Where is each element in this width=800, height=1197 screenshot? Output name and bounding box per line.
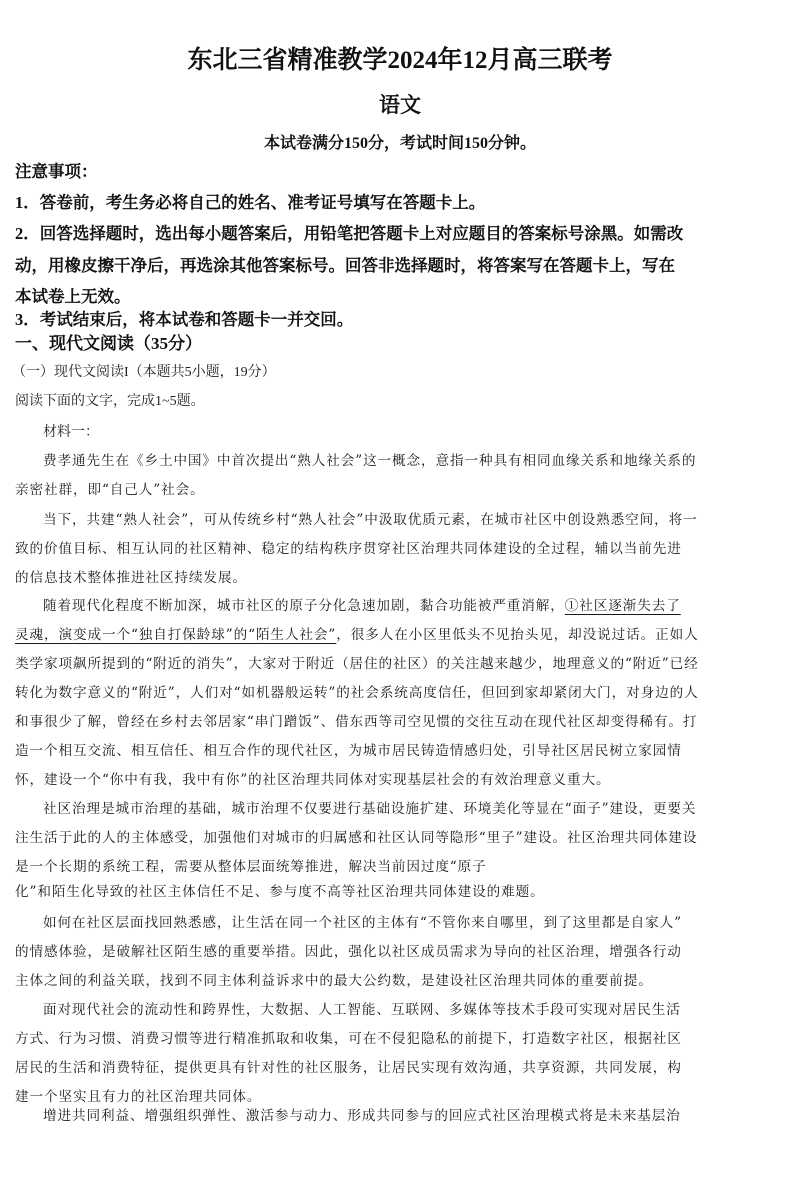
notice-item-2: 2．回答选择题时，选出每小题答案后，用铅笔把答题卡上对应题目的答案标号涂黑。如需… <box>15 220 683 244</box>
notice-item-3: 3．考试结束后，将本试卷和答题卡一并交回。 <box>15 306 353 330</box>
passage-line: 方式、行为习惯、消费习惯等进行精准抓取和收集，可在不侵犯隐私的前提下，打造数字社… <box>15 1027 682 1047</box>
notice-heading: 注意事项： <box>15 158 98 182</box>
passage-line: 主体之间的利益关联，找到不同主体利益诉求中的最大公约数，是建设社区治理共同体的重… <box>15 969 653 989</box>
section-title: 一、现代文阅读（35分） <box>15 329 202 354</box>
passage-line: 致的价值目标、相互认同的社区精神、稳定的结构秩序贯穿社区治理共同体建设的全过程，… <box>15 537 682 557</box>
passage-line: 注生活于此的人的主体感受，加强他们对城市的归属感和社区认同等隐形“里子”建设。社… <box>15 826 697 846</box>
notice-text: 回答选择题时，选出每小题答案后，用铅笔把答题卡上对应题目的答案标号涂黑。如需改 <box>40 224 684 243</box>
passage-line: 和事很少了解，曾经在乡村去邻居家“串门蹭饭”、借东西等司空见惯的交往互动在现代社… <box>15 710 697 730</box>
passage-line: 亲密社群，即“自己人”社会。 <box>15 478 205 498</box>
underlined-sentence-1-cont: 灵魂，演变成一个“独自打保龄球”的“陌生人社会” <box>15 627 336 643</box>
passage-line: 造一个相互交流、相互信任、相互合作的现代社区，为城市居民铸造情感归处，引导社区居… <box>15 739 682 759</box>
passage-line: 社区治理是城市治理的基础，城市治理不仅要进行基础设施扩建、环境美化等显在“面子”… <box>43 797 696 817</box>
passage-line: 怀，建设一个“你中有我，我中有你”的社区治理共同体对实现基层社会的有效治理意义重… <box>15 768 610 788</box>
notice-number: 2． <box>15 224 40 243</box>
passage-line: 建一个坚实且有力的社区治理共同体。 <box>15 1085 261 1105</box>
underlined-sentence-1: ①社区逐渐失去了 <box>565 598 681 614</box>
passage-line: 的情感体验，是破解社区陌生感的重要举措。因此，强化以社区成员需求为导向的社区治理… <box>15 940 682 960</box>
passage-text: 随着现代化程度不断加深，城市社区的原子分化急速加剧，黏合功能被严重消解， <box>43 598 565 614</box>
passage-line: 是一个长期的系统工程，需要从整体层面统筹推进，解决当前因过度“原子 <box>15 855 487 875</box>
passage-line: 面对现代社会的流动性和跨界性，大数据、人工智能、互联网、多媒体等技术手段可实现对… <box>43 998 681 1018</box>
exam-title: 东北三省精准教学2024年12月高三联考 <box>0 40 800 76</box>
notice-text: 答卷前，考生务必将自己的姓名、准考证号填写在答题卡上。 <box>40 193 486 212</box>
passage-line: 当下，共建“熟人社会”，可从传统乡村“熟人社会”中汲取优质元素，在城市社区中创设… <box>43 508 698 528</box>
subject-title: 语文 <box>0 89 800 119</box>
passage-line: 转化为数字意义的“附近”，人们对“如机器般运转”的社会系统高度信任，但回到家却紧… <box>15 681 699 701</box>
notice-number: 1． <box>15 193 40 212</box>
exam-meta: 本试卷满分150分，考试时间150分钟。 <box>0 130 800 153</box>
passage-text: ，很多人在小区里低头不见抬头见，却没说过话。正如人 <box>336 627 698 643</box>
notice-item-2-line-2: 动，用橡皮擦干净后，再选涂其他答案标号。回答非选择题时，将答案写在答题卡上，写在 <box>15 252 675 276</box>
passage-line: 灵魂，演变成一个“独自打保龄球”的“陌生人社会”，很多人在小区里低头不见抬头见，… <box>15 623 699 643</box>
passage-line: 费孝通先生在《乡土中国》中首次提出“熟人社会”这一概念，意指一种具有相同血缘关系… <box>43 449 696 469</box>
passage-line: 的信息技术整体推进社区持续发展。 <box>15 566 247 586</box>
notice-item-1: 1．答卷前，考生务必将自己的姓名、准考证号填写在答题卡上。 <box>15 189 485 213</box>
notice-number: 3． <box>15 310 40 329</box>
passage-line: 类学家项飙所提到的“附近的消失”，大家对于附近（居住的社区）的关注越来越少，地理… <box>15 652 699 672</box>
passage-line: 随着现代化程度不断加深，城市社区的原子分化急速加剧，黏合功能被严重消解，①社区逐… <box>43 594 681 614</box>
material-label: 材料一： <box>43 421 99 441</box>
passage-line: 如何在社区层面找回熟悉感，让生活在同一个社区的主体有“不管你来自哪里，到了这里都… <box>43 911 682 931</box>
notice-item-2-line-3: 本试卷上无效。 <box>15 283 131 307</box>
instruction: 阅读下面的文字，完成1~5题。 <box>15 390 205 410</box>
subsection-title: （一）现代文阅读I（本题共5小题，19分） <box>12 361 276 381</box>
passage-line: 增进共同利益、增强组织弹性、激活参与动力、形成共同参与的回应式社区治理模式将是未… <box>43 1104 681 1124</box>
passage-line: 化”和陌生化导致的社区主体信任不足、参与度不高等社区治理共同体建设的难题。 <box>15 880 545 900</box>
notice-text: 考试结束后，将本试卷和答题卡一并交回。 <box>40 310 354 329</box>
passage-line: 居民的生活和消费特征，提供更具有针对性的社区服务，让居民实现有效沟通，共享资源，… <box>15 1056 682 1076</box>
